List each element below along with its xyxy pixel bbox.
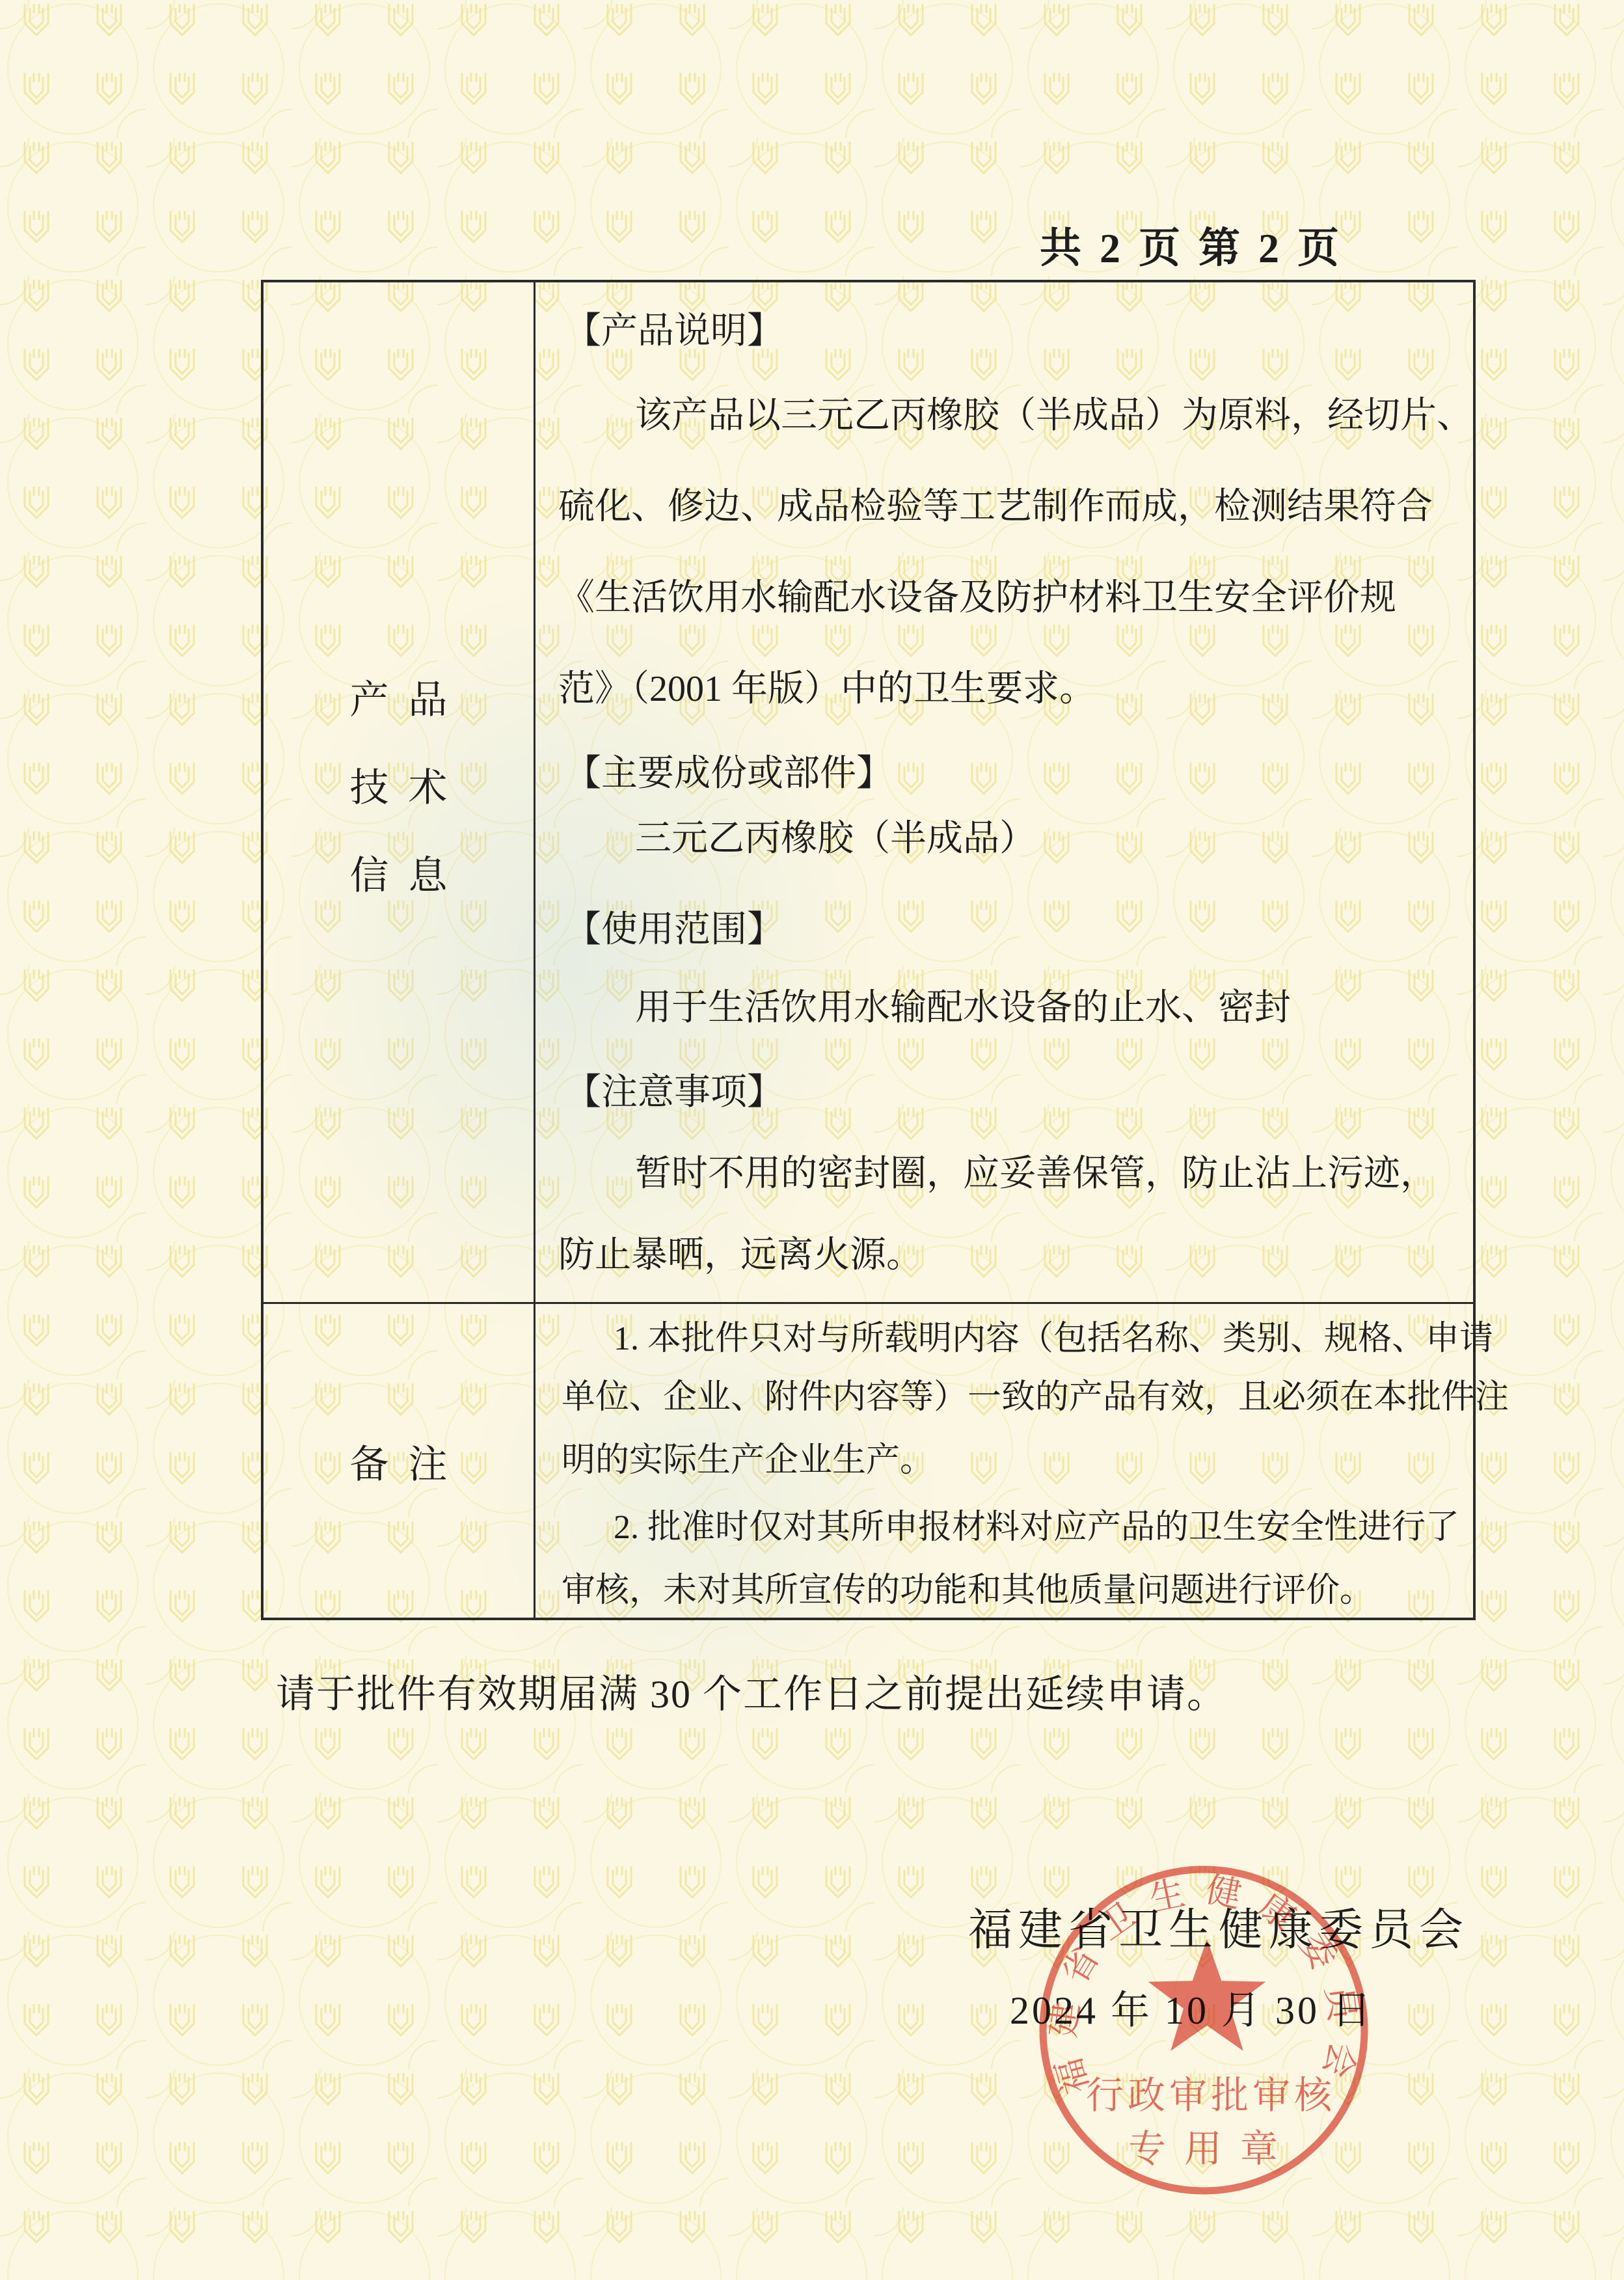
- label-line: 备注: [264, 1444, 534, 1486]
- scanned-certificate-page: { "page": { "header": "共 2 页 第 2 页", "fo…: [0, 0, 1624, 2280]
- content-line: 【使用范围】: [565, 910, 783, 950]
- label-line: 技术: [264, 767, 534, 809]
- remarks-content: 1. 本批件只对与所载明内容（包括名称、类别、规格、申请单位、企业、附件内容等）…: [535, 1304, 1473, 1618]
- content-line: 《生活饮用水输配水设备及防护材料卫生安全评价规: [558, 578, 1396, 618]
- content-line: 该产品以三元乙丙橡胶（半成品）为原料，经切片、: [635, 396, 1473, 436]
- content-line: 单位、企业、附件内容等）一致的产品有效，且必须在本批件注: [562, 1379, 1509, 1417]
- official-seal: 福建省卫生健康委员会 行政审批审核 专用章: [1022, 1848, 1386, 2212]
- content-line: 硫化、修边、成品检验等工艺制作而成，检测结果符合: [558, 487, 1433, 527]
- product-tech-info-content: 【产品说明】该产品以三元乙丙橡胶（半成品）为原料，经切片、硫化、修边、成品检验等…: [535, 282, 1473, 1302]
- row-label-product-tech-info: 产品技术信息: [264, 282, 534, 1302]
- label-line: 产品: [264, 679, 534, 721]
- content-line: 用于生活饮用水输配水设备的止水、密封: [635, 988, 1291, 1028]
- content-line: 范》（2001 年版）中的卫生要求。: [558, 669, 1096, 709]
- content-line: 防止暴晒，远离火源。: [558, 1235, 923, 1275]
- page-number-header: 共 2 页 第 2 页: [1040, 215, 1343, 275]
- label-line: 信息: [264, 855, 534, 897]
- content-line: 1. 本批件只对与所载明内容（包括名称、类别、规格、申请: [614, 1320, 1493, 1358]
- content-line: 明的实际生产企业生产。: [562, 1442, 934, 1480]
- seal-line1: 行政审批审核: [1086, 2074, 1336, 2117]
- info-table: 产品技术信息 【产品说明】该产品以三元乙丙橡胶（半成品）为原料，经切片、硫化、修…: [261, 280, 1476, 1620]
- row-label-remarks: 备注: [264, 1304, 534, 1618]
- seal-star-icon: [1148, 1939, 1266, 2051]
- content-line: 【产品说明】: [565, 311, 783, 351]
- content-line: 暂时不用的密封圈，应妥善保管，防止沾上污迹，: [635, 1154, 1437, 1194]
- seal-line2: 专用章: [1128, 2128, 1296, 2170]
- content-line: 三元乙丙橡胶（半成品）: [635, 819, 1036, 859]
- renewal-note: 请于批件有效期届满 30 个工作日之前提出延续申请。: [276, 1663, 1227, 1719]
- content-line: 审核，未对其所宣传的功能和其他质量问题进行评价。: [562, 1572, 1374, 1610]
- content-line: 【主要成份或部件】: [565, 753, 893, 794]
- content-line: 【注意事项】: [565, 1072, 783, 1113]
- content-line: 2. 批准时仅对其所申报材料对应产品的卫生安全性进行了: [614, 1509, 1459, 1547]
